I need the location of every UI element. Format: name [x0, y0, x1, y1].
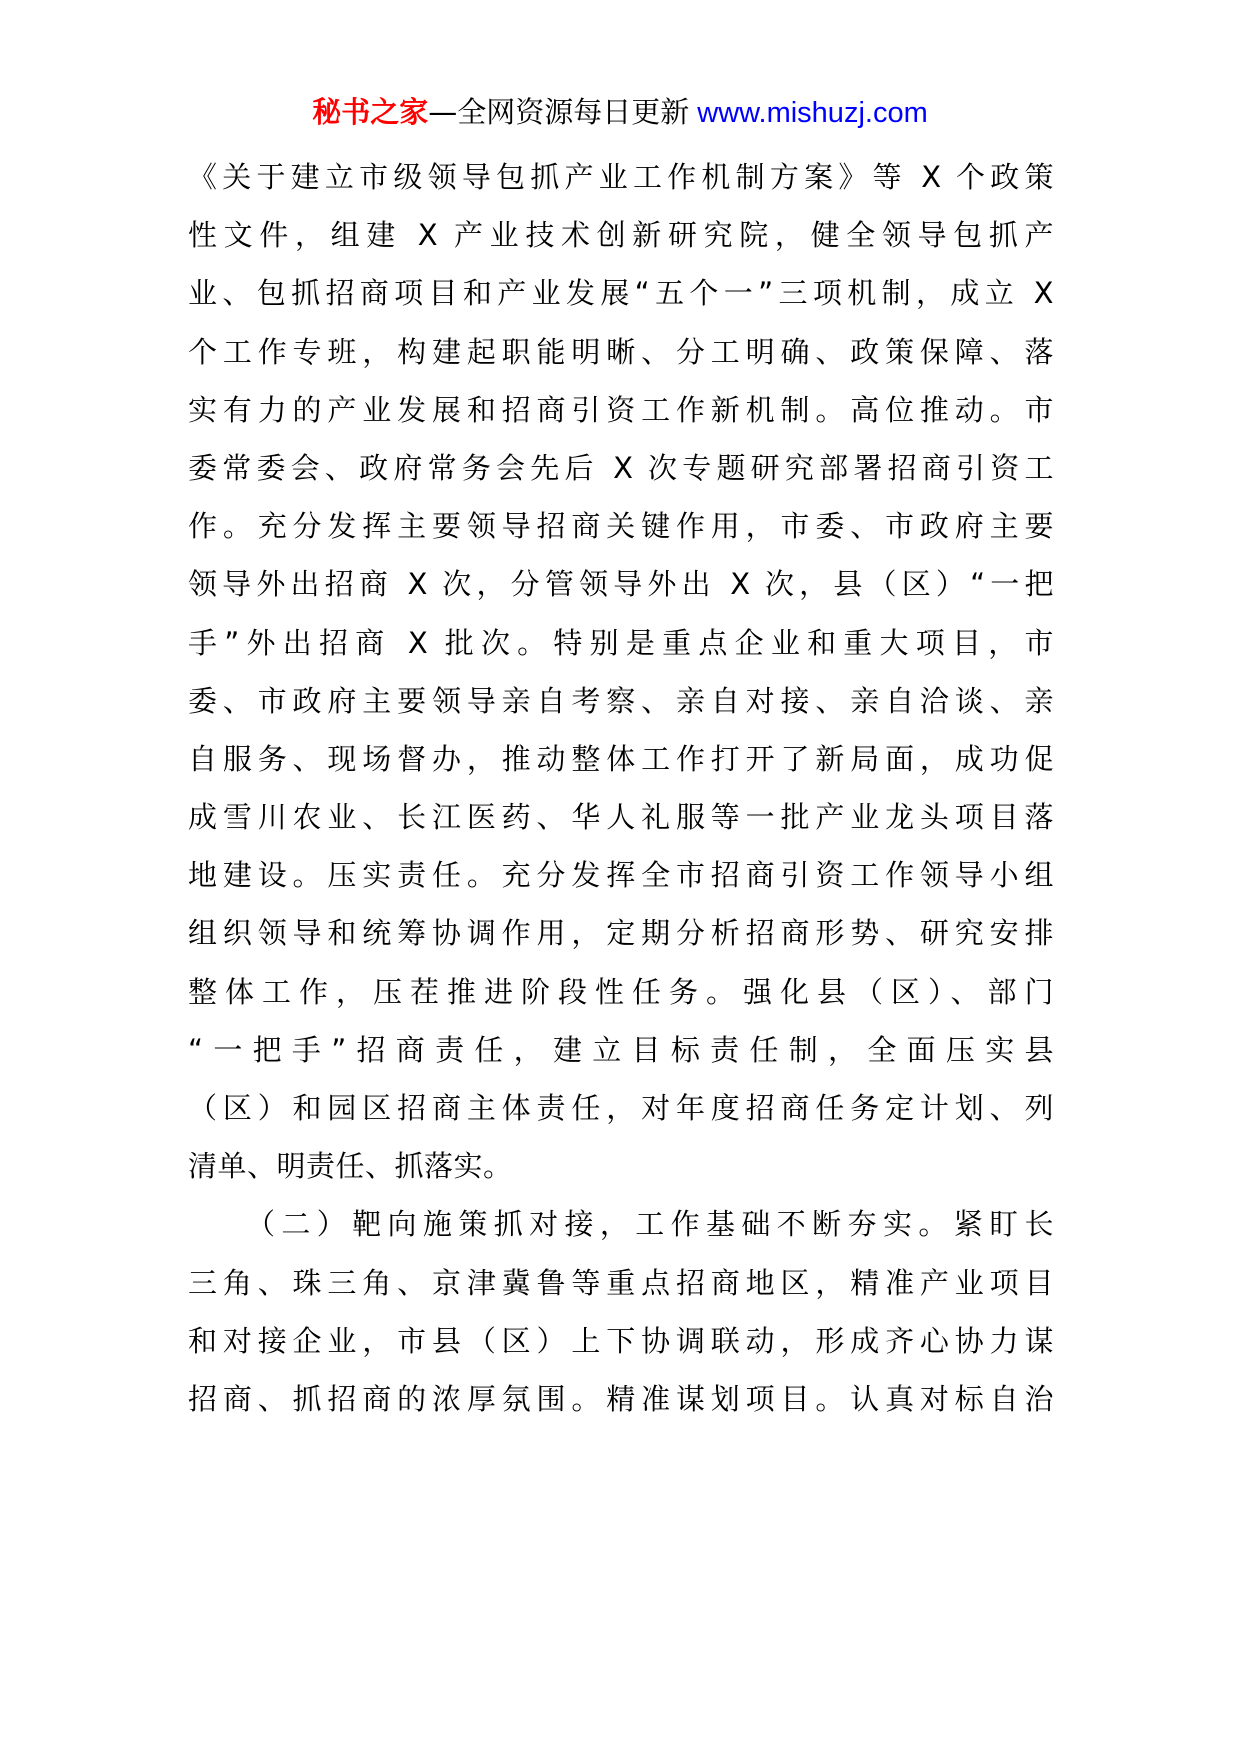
- header-tagline: —全网资源每日更新: [428, 95, 689, 129]
- text-line: 委常委会、政府常务会先后 X 次专题研究部署招商引资工: [188, 439, 1054, 497]
- text-line: 个工作专班，构建起职能明晰、分工明确、政策保障、落: [188, 323, 1054, 381]
- site-watermark-header: 秘书之家—全网资源每日更新www.mishuzj.com: [0, 92, 1240, 133]
- text-line: 委、市政府主要领导亲自考察、亲自对接、亲自洽谈、亲: [188, 672, 1054, 730]
- brand-name: 秘书之家: [312, 95, 428, 129]
- text-line: 实有力的产业发展和招商引资工作新机制。高位推动。市: [188, 381, 1054, 439]
- text-line: 地建设。压实责任。充分发挥全市招商引资工作领导小组: [188, 846, 1054, 904]
- text-line: 整体工作，压茬推进阶段性任务。强化县（区）、部门: [188, 963, 1054, 1021]
- text-line: 业、包抓招商项目和产业发展“五个一”三项机制，成立 X: [188, 264, 1054, 322]
- text-line: 和对接企业，市县（区）上下协调联动，形成齐心协力谋: [188, 1312, 1054, 1370]
- text-line: 三角、珠三角、京津冀鲁等重点招商地区，精准产业项目: [188, 1254, 1054, 1312]
- text-line: 手”外出招商 X 批次。特别是重点企业和重大项目，市: [188, 614, 1054, 672]
- site-url-link[interactable]: www.mishuzj.com: [697, 97, 927, 129]
- text-line: 领导外出招商 X 次，分管领导外出 X 次，县（区）“一把: [188, 555, 1054, 613]
- text-line: 组织领导和统筹协调作用，定期分析招商形势、研究安排: [188, 904, 1054, 962]
- section-heading-line: （二）靶向施策抓对接，工作基础不断夯实。紧盯长: [188, 1195, 1054, 1253]
- text-line: “一把手”招商责任，建立目标责任制，全面压实县: [188, 1021, 1054, 1079]
- text-line: 自服务、现场督办，推动整体工作打开了新局面，成功促: [188, 730, 1054, 788]
- text-line: 性文件，组建 X 产业技术创新研究院，健全领导包抓产: [188, 206, 1054, 264]
- document-body: 《关于建立市级领导包抓产业工作机制方案》等 X 个政策 性文件，组建 X 产业技…: [188, 148, 1054, 1428]
- text-line: （区）和园区招商主体责任，对年度招商任务定计划、列: [188, 1079, 1054, 1137]
- text-line: 成雪川农业、长江医药、华人礼服等一批产业龙头项目落: [188, 788, 1054, 846]
- text-line: 作。充分发挥主要领导招商关键作用，市委、市政府主要: [188, 497, 1054, 555]
- paragraph-end-line: 清单、明责任、抓落实。: [188, 1137, 1054, 1195]
- text-line: 《关于建立市级领导包抓产业工作机制方案》等 X 个政策: [188, 148, 1054, 206]
- text-line: 招商、抓招商的浓厚氛围。精准谋划项目。认真对标自治: [188, 1370, 1054, 1428]
